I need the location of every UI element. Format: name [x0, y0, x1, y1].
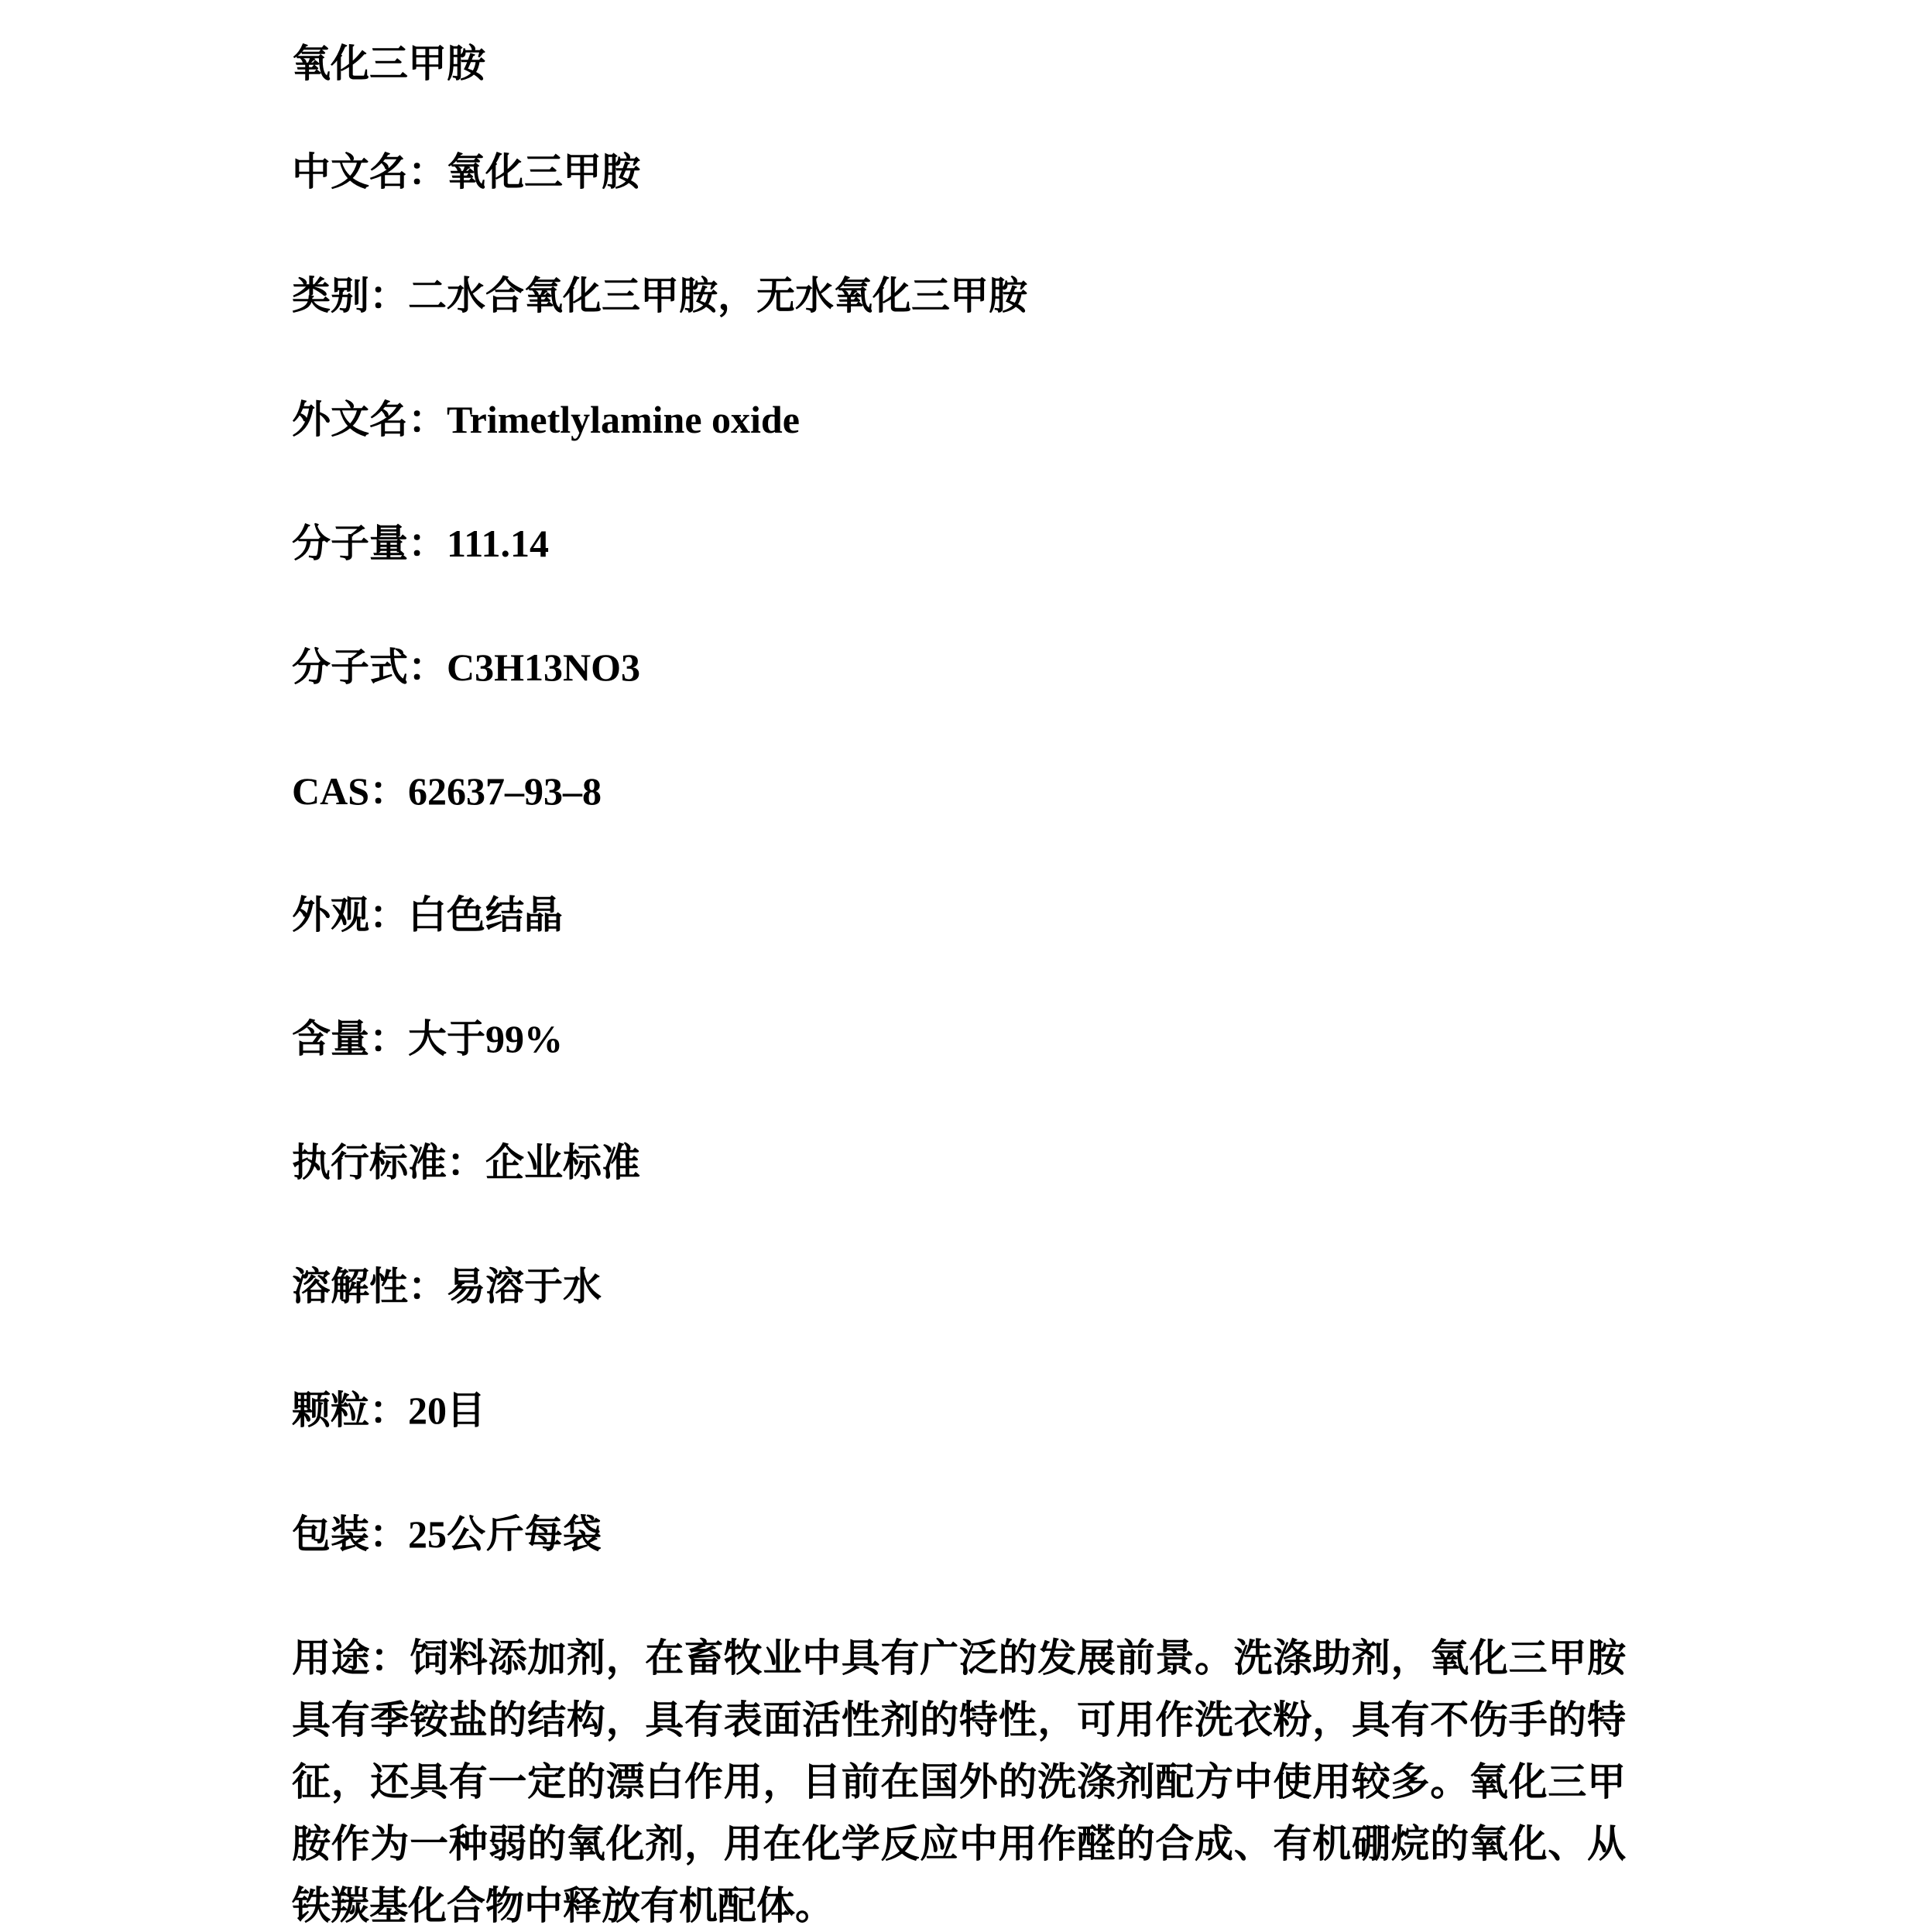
field-label: 中文名 [292, 150, 408, 194]
field-row: CAS：62637–93–8 [292, 760, 1626, 822]
document-page: 氧化三甲胺 中文名：氧化三甲胺 类别：二水合氧化三甲胺，无水氧化三甲胺 外文名：… [0, 0, 1920, 1932]
field-row: 含量：大于99% [292, 1008, 1626, 1070]
field-value: 111.14 [447, 522, 549, 565]
field-label: CAS [292, 769, 369, 813]
field-colon: ： [369, 769, 408, 813]
field-value: Trimetlylamine oxide [447, 398, 800, 441]
field-label: 分子量 [292, 522, 408, 565]
usage-text: 饲料添加剂，在畜牧业中具有广泛的发展前景。洗涤助剂，氧化三甲胺具有季铵盐的结构，… [292, 1636, 1626, 1927]
field-value: 易溶于水 [447, 1265, 602, 1308]
field-value: 20目 [408, 1389, 485, 1432]
field-value: 62637–93–8 [408, 769, 602, 813]
field-colon: ： [408, 646, 447, 689]
document-title: 氧化三甲胺 [292, 33, 1626, 94]
field-label: 分子式 [292, 646, 408, 689]
field-row: 类别：二水合氧化三甲胺，无水氧化三甲胺 [292, 265, 1626, 327]
field-list: 中文名：氧化三甲胺 类别：二水合氧化三甲胺，无水氧化三甲胺 外文名：Trimet… [292, 141, 1626, 1565]
field-colon: ： [369, 893, 408, 937]
field-colon: ： [369, 1512, 408, 1556]
field-colon: ： [408, 1265, 447, 1308]
field-row: 分子式：C3H13NO3 [292, 636, 1626, 698]
field-colon: ： [369, 274, 408, 317]
field-row: 执行标准：企业标准 [292, 1132, 1626, 1194]
field-row: 外观：白色结晶 [292, 884, 1626, 946]
field-value: 企业标准 [485, 1141, 640, 1184]
field-row: 中文名：氧化三甲胺 [292, 141, 1626, 203]
field-colon: ： [369, 1389, 408, 1432]
field-row: 外文名：Trimetlylamine oxide [292, 389, 1626, 450]
field-label: 外观 [292, 893, 369, 937]
field-colon: ： [408, 398, 447, 441]
field-label: 含量 [292, 1017, 369, 1060]
field-label: 溶解性 [292, 1265, 408, 1308]
field-value: 大于99% [408, 1017, 563, 1060]
usage-label: 用途 [292, 1636, 370, 1680]
field-value: 氧化三甲胺 [447, 150, 640, 194]
field-value: 白色结晶 [408, 893, 563, 937]
usage-colon: ： [370, 1636, 410, 1680]
field-colon: ： [408, 522, 447, 565]
field-colon: ： [369, 1017, 408, 1060]
field-label: 颗粒 [292, 1389, 369, 1432]
field-value: 25公斤每袋 [408, 1512, 602, 1556]
field-row: 包装：25公斤每袋 [292, 1503, 1626, 1565]
field-row: 溶解性：易溶于水 [292, 1255, 1626, 1317]
field-label: 类别 [292, 274, 369, 317]
usage-paragraph: 用途：饲料添加剂，在畜牧业中具有广泛的发展前景。洗涤助剂，氧化三甲胺具有季铵盐的… [292, 1627, 1626, 1932]
field-label: 包装 [292, 1512, 369, 1556]
field-colon: ： [447, 1141, 485, 1184]
field-row: 颗粒：20目 [292, 1379, 1626, 1441]
field-row: 分子量：111.14 [292, 512, 1626, 574]
field-value: C3H13NO3 [447, 646, 640, 689]
field-label: 执行标准 [292, 1141, 447, 1184]
field-value: 二水合氧化三甲胺，无水氧化三甲胺 [408, 274, 1027, 317]
field-colon: ： [408, 150, 447, 194]
field-label: 外文名 [292, 398, 408, 441]
